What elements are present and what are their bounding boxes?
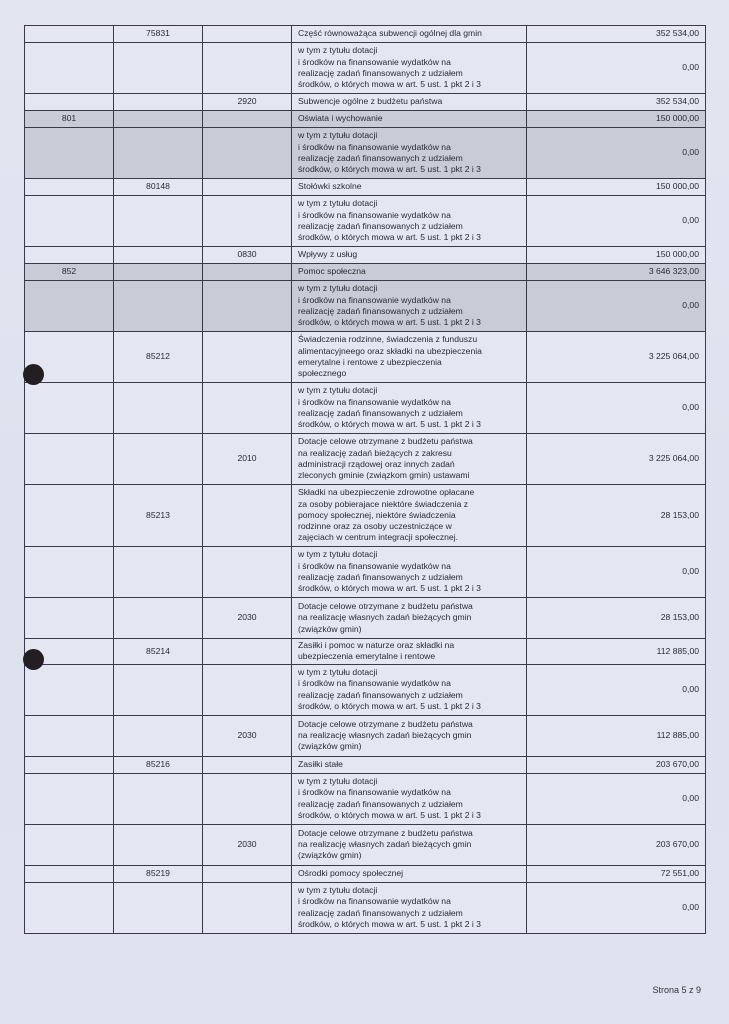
cell-amount: 28 153,00: [527, 485, 706, 547]
cell-paragraf: [203, 128, 292, 179]
budget-income-table: 75831Część równoważąca subwencji ogólnej…: [24, 25, 706, 934]
description-line: na realizację własnych zadań bieżących g…: [298, 839, 520, 850]
cell-amount: 0,00: [527, 664, 706, 715]
cell-description: w tym z tytułu dotacjii środków na finan…: [292, 882, 527, 933]
cell-paragraf: [203, 383, 292, 434]
cell-amount: 352 534,00: [527, 94, 706, 111]
cell-dzial: [25, 43, 114, 94]
description-line: Część równoważąca subwencji ogólnej dla …: [298, 28, 520, 39]
cell-paragraf: [203, 547, 292, 598]
cell-paragraf: 2030: [203, 824, 292, 865]
description-line: zleconych gminie (związkom gmin) ustawam…: [298, 470, 520, 481]
cell-amount: 3 646 323,00: [527, 264, 706, 281]
cell-paragraf: 2030: [203, 715, 292, 756]
cell-description: Dotacje celowe otrzymane z budżetu państ…: [292, 824, 527, 865]
cell-dzial: [25, 383, 114, 434]
table-row: w tym z tytułu dotacjii środków na finan…: [25, 383, 706, 434]
description-line: i środków na finansowanie wydatków na: [298, 561, 520, 572]
cell-rozdzial: 85213: [114, 485, 203, 547]
description-line: realizację zadań finansowanych z udziałe…: [298, 690, 520, 701]
description-line: w tym z tytułu dotacji: [298, 385, 520, 396]
cell-amount: 3 225 064,00: [527, 434, 706, 485]
cell-rozdzial: [114, 247, 203, 264]
cell-description: Dotacje celowe otrzymane z budżetu państ…: [292, 715, 527, 756]
cell-paragraf: 2030: [203, 598, 292, 639]
description-line: środków, o których mowa w art. 5 ust. 1 …: [298, 232, 520, 243]
description-line: (związków gmin): [298, 850, 520, 861]
cell-description: Wpływy z usług: [292, 247, 527, 264]
cell-amount: 112 885,00: [527, 639, 706, 665]
cell-paragraf: [203, 485, 292, 547]
cell-paragraf: [203, 264, 292, 281]
cell-dzial: [25, 756, 114, 773]
cell-rozdzial: [114, 434, 203, 485]
cell-paragraf: [203, 664, 292, 715]
cell-paragraf: 2010: [203, 434, 292, 485]
cell-paragraf: 2920: [203, 94, 292, 111]
cell-description: Zasiłki i pomoc w naturze oraz składki n…: [292, 639, 527, 665]
cell-amount: 0,00: [527, 196, 706, 247]
cell-amount: 28 153,00: [527, 598, 706, 639]
description-line: emerytalne i rentowe z ubezpieczenia: [298, 357, 520, 368]
description-line: pomocy społecznej, niektóre świadczenia: [298, 510, 520, 521]
cell-paragraf: [203, 332, 292, 383]
cell-description: w tym z tytułu dotacjii środków na finan…: [292, 128, 527, 179]
table-row: 85214Zasiłki i pomoc w naturze oraz skła…: [25, 639, 706, 665]
cell-rozdzial: [114, 43, 203, 94]
description-line: i środków na finansowanie wydatków na: [298, 210, 520, 221]
cell-description: w tym z tytułu dotacjii środków na finan…: [292, 547, 527, 598]
table-row: w tym z tytułu dotacjii środków na finan…: [25, 664, 706, 715]
description-line: w tym z tytułu dotacji: [298, 776, 520, 787]
cell-dzial: [25, 179, 114, 196]
cell-rozdzial: [114, 547, 203, 598]
cell-rozdzial: [114, 128, 203, 179]
cell-description: Świadczenia rodzinne, świadczenia z fund…: [292, 332, 527, 383]
cell-dzial: [25, 26, 114, 43]
cell-rozdzial: 85219: [114, 865, 203, 882]
cell-rozdzial: [114, 598, 203, 639]
description-line: na realizację własnych zadań bieżących g…: [298, 612, 520, 623]
cell-description: Oświata i wychowanie: [292, 111, 527, 128]
description-line: Subwencje ogólne z budżetu państwa: [298, 96, 520, 107]
description-line: w tym z tytułu dotacji: [298, 549, 520, 560]
cell-dzial: [25, 434, 114, 485]
cell-amount: 3 225 064,00: [527, 332, 706, 383]
description-line: realizację zadań finansowanych z udziałe…: [298, 572, 520, 583]
cell-description: w tym z tytułu dotacjii środków na finan…: [292, 196, 527, 247]
table-row: 852 Pomoc społeczna3 646 323,00: [25, 264, 706, 281]
cell-paragraf: [203, 756, 292, 773]
cell-rozdzial: 85216: [114, 756, 203, 773]
cell-dzial: 801: [25, 111, 114, 128]
cell-paragraf: [203, 865, 292, 882]
description-line: w tym z tytułu dotacji: [298, 283, 520, 294]
description-line: administracji rządowej oraz innych zadań: [298, 459, 520, 470]
table-row: 0830Wpływy z usług150 000,00: [25, 247, 706, 264]
table-row: 801 Oświata i wychowanie150 000,00: [25, 111, 706, 128]
cell-amount: 150 000,00: [527, 247, 706, 264]
description-line: w tym z tytułu dotacji: [298, 885, 520, 896]
cell-paragraf: [203, 26, 292, 43]
table-row: 2030Dotacje celowe otrzymane z budżetu p…: [25, 598, 706, 639]
table-row: 2030Dotacje celowe otrzymane z budżetu p…: [25, 715, 706, 756]
description-line: środków, o których mowa w art. 5 ust. 1 …: [298, 317, 520, 328]
cell-rozdzial: [114, 196, 203, 247]
cell-description: Stołówki szkolne: [292, 179, 527, 196]
cell-dzial: [25, 882, 114, 933]
cell-paragraf: [203, 773, 292, 824]
description-line: środków, o których mowa w art. 5 ust. 1 …: [298, 810, 520, 821]
table-row: w tym z tytułu dotacjii środków na finan…: [25, 43, 706, 94]
cell-description: w tym z tytułu dotacjii środków na finan…: [292, 43, 527, 94]
description-line: Wpływy z usług: [298, 249, 520, 260]
cell-description: Składki na ubezpieczenie zdrowotne opłac…: [292, 485, 527, 547]
description-line: i środków na finansowanie wydatków na: [298, 787, 520, 798]
cell-dzial: [25, 94, 114, 111]
cell-rozdzial: 75831: [114, 26, 203, 43]
description-line: środków, o których mowa w art. 5 ust. 1 …: [298, 583, 520, 594]
cell-paragraf: 0830: [203, 247, 292, 264]
cell-paragraf: [203, 111, 292, 128]
page-number: Strona 5 z 9: [652, 985, 701, 995]
description-line: realizację zadań finansowanych z udziałe…: [298, 908, 520, 919]
cell-dzial: [25, 824, 114, 865]
cell-rozdzial: [114, 824, 203, 865]
description-line: na realizację własnych zadań bieżących g…: [298, 730, 520, 741]
cell-description: Dotacje celowe otrzymane z budżetu państ…: [292, 598, 527, 639]
description-line: Składki na ubezpieczenie zdrowotne opłac…: [298, 487, 520, 498]
cell-rozdzial: [114, 94, 203, 111]
cell-rozdzial: [114, 664, 203, 715]
cell-rozdzial: [114, 715, 203, 756]
description-line: środków, o których mowa w art. 5 ust. 1 …: [298, 164, 520, 175]
description-line: Dotacje celowe otrzymane z budżetu państ…: [298, 719, 520, 730]
cell-rozdzial: 85212: [114, 332, 203, 383]
description-line: i środków na finansowanie wydatków na: [298, 57, 520, 68]
cell-description: Pomoc społeczna: [292, 264, 527, 281]
table-row: 2010Dotacje celowe otrzymane z budżetu p…: [25, 434, 706, 485]
description-line: Dotacje celowe otrzymane z budżetu państ…: [298, 436, 520, 447]
table-row: 80148Stołówki szkolne150 000,00: [25, 179, 706, 196]
description-line: w tym z tytułu dotacji: [298, 667, 520, 678]
cell-amount: 112 885,00: [527, 715, 706, 756]
description-line: i środków na finansowanie wydatków na: [298, 295, 520, 306]
description-line: w tym z tytułu dotacji: [298, 198, 520, 209]
description-line: Zasiłki stałe: [298, 759, 520, 770]
cell-dzial: [25, 865, 114, 882]
description-line: rodzinne oraz za osoby uczestniczące w: [298, 521, 520, 532]
table-row: w tym z tytułu dotacjii środków na finan…: [25, 882, 706, 933]
cell-rozdzial: [114, 111, 203, 128]
description-line: realizację zadań finansowanych z udziałe…: [298, 153, 520, 164]
description-line: i środków na finansowanie wydatków na: [298, 896, 520, 907]
cell-dzial: [25, 773, 114, 824]
description-line: Dotacje celowe otrzymane z budżetu państ…: [298, 601, 520, 612]
cell-dzial: [25, 196, 114, 247]
description-line: realizację zadań finansowanych z udziałe…: [298, 221, 520, 232]
cell-amount: 72 551,00: [527, 865, 706, 882]
description-line: środków, o których mowa w art. 5 ust. 1 …: [298, 79, 520, 90]
description-line: w tym z tytułu dotacji: [298, 45, 520, 56]
cell-dzial: [25, 485, 114, 547]
cell-amount: 0,00: [527, 882, 706, 933]
cell-dzial: 852: [25, 264, 114, 281]
description-line: za osoby pobierajace niektóre świadczeni…: [298, 499, 520, 510]
cell-description: Subwencje ogólne z budżetu państwa: [292, 94, 527, 111]
description-line: w tym z tytułu dotacji: [298, 130, 520, 141]
cell-amount: 150 000,00: [527, 111, 706, 128]
cell-amount: 0,00: [527, 547, 706, 598]
cell-description: Zasiłki stałe: [292, 756, 527, 773]
cell-description: Dotacje celowe otrzymane z budżetu państ…: [292, 434, 527, 485]
cell-dzial: [25, 598, 114, 639]
description-line: (związków gmin): [298, 741, 520, 752]
cell-paragraf: [203, 43, 292, 94]
description-line: środków, o których mowa w art. 5 ust. 1 …: [298, 701, 520, 712]
cell-dzial: [25, 664, 114, 715]
cell-amount: 203 670,00: [527, 824, 706, 865]
cell-amount: 352 534,00: [527, 26, 706, 43]
table-row: 85219Ośrodki pomocy społecznej72 551,00: [25, 865, 706, 882]
cell-amount: 0,00: [527, 128, 706, 179]
description-line: (związków gmin): [298, 624, 520, 635]
description-line: i środków na finansowanie wydatków na: [298, 397, 520, 408]
cell-rozdzial: [114, 383, 203, 434]
description-line: środków, o których mowa w art. 5 ust. 1 …: [298, 419, 520, 430]
table-row: 85213Składki na ubezpieczenie zdrowotne …: [25, 485, 706, 547]
table-row: 85212Świadczenia rodzinne, świadczenia z…: [25, 332, 706, 383]
table-row: w tym z tytułu dotacjii środków na finan…: [25, 773, 706, 824]
table-row: w tym z tytułu dotacjii środków na finan…: [25, 281, 706, 332]
cell-paragraf: [203, 196, 292, 247]
cell-amount: 0,00: [527, 281, 706, 332]
cell-dzial: [25, 281, 114, 332]
table-row: 75831Część równoważąca subwencji ogólnej…: [25, 26, 706, 43]
cell-dzial: [25, 247, 114, 264]
cell-description: Część równoważąca subwencji ogólnej dla …: [292, 26, 527, 43]
cell-paragraf: [203, 281, 292, 332]
cell-description: Ośrodki pomocy społecznej: [292, 865, 527, 882]
description-line: Zasiłki i pomoc w naturze oraz składki n…: [298, 640, 520, 651]
cell-dzial: [25, 128, 114, 179]
description-line: Stołówki szkolne: [298, 181, 520, 192]
description-line: realizację zadań finansowanych z udziałe…: [298, 306, 520, 317]
cell-rozdzial: 85214: [114, 639, 203, 665]
cell-paragraf: [203, 882, 292, 933]
cell-amount: 0,00: [527, 383, 706, 434]
description-line: ubezpieczenia emerytalne i rentowe: [298, 651, 520, 662]
cell-description: w tym z tytułu dotacjii środków na finan…: [292, 664, 527, 715]
description-line: i środków na finansowanie wydatków na: [298, 678, 520, 689]
table-row: w tym z tytułu dotacjii środków na finan…: [25, 196, 706, 247]
table-row: 2920Subwencje ogólne z budżetu państwa35…: [25, 94, 706, 111]
cell-rozdzial: [114, 264, 203, 281]
cell-paragraf: [203, 179, 292, 196]
punch-hole-icon: [23, 364, 44, 385]
description-line: Świadczenia rodzinne, świadczenia z fund…: [298, 334, 520, 345]
cell-rozdzial: 80148: [114, 179, 203, 196]
cell-amount: 150 000,00: [527, 179, 706, 196]
table-row: w tym z tytułu dotacjii środków na finan…: [25, 128, 706, 179]
cell-amount: 0,00: [527, 43, 706, 94]
description-line: alimentacyjneego oraz składki na ubezpie…: [298, 346, 520, 357]
description-line: na realizację zadań bieżących z zakresu: [298, 448, 520, 459]
cell-description: w tym z tytułu dotacjii środków na finan…: [292, 773, 527, 824]
cell-paragraf: [203, 639, 292, 665]
cell-amount: 203 670,00: [527, 756, 706, 773]
cell-rozdzial: [114, 882, 203, 933]
cell-rozdzial: [114, 773, 203, 824]
description-line: społecznego: [298, 368, 520, 379]
table-row: w tym z tytułu dotacjii środków na finan…: [25, 547, 706, 598]
cell-dzial: [25, 547, 114, 598]
cell-description: w tym z tytułu dotacjii środków na finan…: [292, 383, 527, 434]
description-line: Ośrodki pomocy społecznej: [298, 868, 520, 879]
cell-rozdzial: [114, 281, 203, 332]
table-row: 85216Zasiłki stałe203 670,00: [25, 756, 706, 773]
table-row: 2030Dotacje celowe otrzymane z budżetu p…: [25, 824, 706, 865]
description-line: realizację zadań finansowanych z udziałe…: [298, 408, 520, 419]
description-line: zajęciach w centrum integracji społeczne…: [298, 532, 520, 543]
punch-hole-icon: [23, 649, 44, 670]
description-line: i środków na finansowanie wydatków na: [298, 142, 520, 153]
cell-dzial: [25, 715, 114, 756]
description-line: Pomoc społeczna: [298, 266, 520, 277]
description-line: realizację zadań finansowanych z udziałe…: [298, 799, 520, 810]
description-line: środków, o których mowa w art. 5 ust. 1 …: [298, 919, 520, 930]
cell-description: w tym z tytułu dotacjii środków na finan…: [292, 281, 527, 332]
cell-amount: 0,00: [527, 773, 706, 824]
description-line: realizację zadań finansowanych z udziałe…: [298, 68, 520, 79]
description-line: Oświata i wychowanie: [298, 113, 520, 124]
description-line: Dotacje celowe otrzymane z budżetu państ…: [298, 828, 520, 839]
